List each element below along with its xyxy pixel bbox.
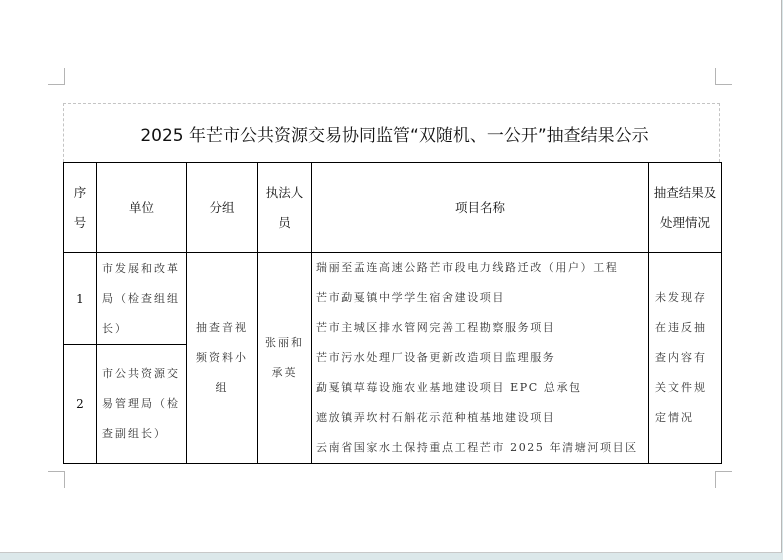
projects-cell: 瑞丽至孟连高速公路芒市段电力线路迁改（用户）工程 芒市勐戛镇中学学生宿舍建设项目… — [312, 253, 649, 464]
project-item: 芒市主城区排水管网完善工程勘察服务项目 — [316, 313, 644, 343]
table-row: 1 市发展和改革局（检查组组长） 抽查音视频资料小组 张丽和承英 瑞丽至孟连高速… — [64, 253, 722, 345]
header-project: 项目名称 — [312, 163, 649, 253]
result-cell: 未发现存在违反抽查内容有关文件规定情况 — [649, 253, 722, 464]
row-seq: 2 — [64, 345, 97, 464]
margin-corner-mark — [48, 471, 65, 488]
project-item: 芒市污水处理厂设备更新改造项目监理服务 — [316, 343, 644, 373]
header-staff: 执法人员 — [258, 163, 312, 253]
header-unit: 单位 — [97, 163, 187, 253]
row-unit: 市发展和改革局（检查组组长） — [97, 253, 187, 345]
row-unit: 市公共资源交易管理局（检查副组长） — [97, 345, 187, 464]
project-item: 遮放镇弄坎村石斛花示范种植基地建设项目 — [316, 403, 644, 433]
project-item: 芒市勐戛镇中学学生宿舍建设项目 — [316, 283, 644, 313]
project-item: 勐戛镇草莓设施农业基地建设项目 EPC 总承包 — [316, 373, 644, 403]
header-group: 分组 — [187, 163, 258, 253]
document-title: 2025 年芒市公共资源交易协同监管“双随机、一公开”抽查结果公示 — [134, 121, 648, 146]
header-result: 抽查结果及处理情况 — [649, 163, 722, 253]
row-seq: 1 — [64, 253, 97, 345]
table-header-row: 序号 单位 分组 执法人员 项目名称 抽查结果及处理情况 — [64, 163, 722, 253]
header-seq: 序号 — [64, 163, 97, 253]
staff-cell: 张丽和承英 — [258, 253, 312, 464]
group-cell: 抽查音视频资料小组 — [187, 253, 258, 464]
margin-corner-mark — [48, 68, 65, 85]
title-box: 2025 年芒市公共资源交易协同监管“双随机、一公开”抽查结果公示 — [63, 103, 720, 162]
project-item: 云南省国家水土保持重点工程芒市 2025 年清塘河项目区 — [316, 433, 644, 463]
results-table: 序号 单位 分组 执法人员 项目名称 抽查结果及处理情况 1 市发展和改革局（检… — [63, 162, 722, 464]
margin-corner-mark — [715, 68, 732, 85]
margin-corner-mark — [715, 471, 732, 488]
document-page: 2025 年芒市公共资源交易协同监管“双随机、一公开”抽查结果公示 序号 单位 … — [0, 0, 782, 553]
project-item: 瑞丽至孟连高速公路芒市段电力线路迁改（用户）工程 — [316, 253, 644, 283]
